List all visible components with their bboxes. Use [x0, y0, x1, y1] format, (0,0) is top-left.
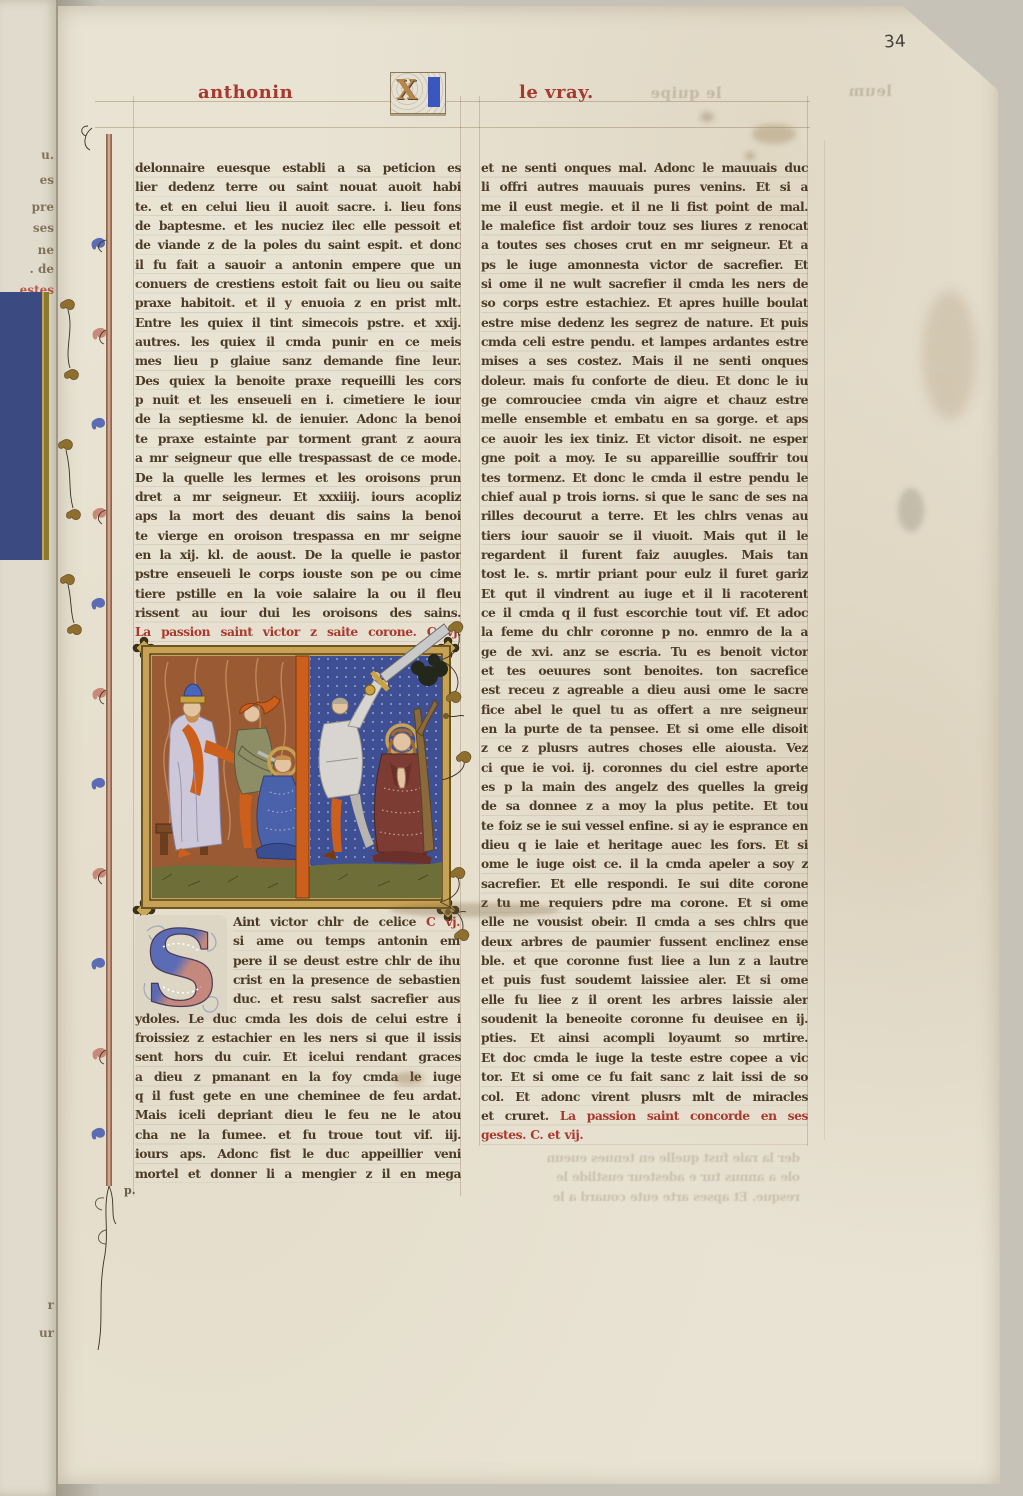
- body-text: elle ne vousist obeir. Il cmda a ses chl…: [481, 914, 808, 929]
- body-text: il fu fait a sauoir a antonin empere que…: [135, 257, 461, 272]
- body-text: ole a annus tur e adesteur eustlide le: [556, 1169, 800, 1184]
- body-text: ome le iuge oist ce. il la cmda apeler a…: [481, 856, 808, 871]
- body-text: mes lieu p glaiue sanz demande fine leur…: [135, 353, 461, 368]
- left-column-lower: ydoles. Le duc cmda les dois de celui es…: [135, 1009, 461, 1183]
- body-text: col. Et adonc virent plusrs mlt de mirac…: [481, 1089, 808, 1104]
- manuscript-line: cha ne la fumee. et fu troue tout vif. i…: [135, 1125, 461, 1144]
- manuscript-line: estre mise dedenz les segrez de nature. …: [481, 313, 808, 332]
- body-text: de baptesme. et les nuciez ilec elle pes…: [135, 218, 461, 233]
- stain: [752, 124, 796, 144]
- body-text: p nuit et les enseueli en i. cimetiere l…: [135, 392, 461, 407]
- body-text: aps la mort des deuant dis sains la beno…: [135, 508, 461, 523]
- body-text: et tes oeuures sont benoites. ton sacref…: [481, 663, 808, 678]
- manuscript-line: Et qut il vindrent au iuge et il li raco…: [481, 584, 808, 603]
- manuscript-line: sent hors du cuir. Et icelui rendant gra…: [135, 1047, 461, 1066]
- manuscript-line: et cruret. La passion saint concorde en …: [481, 1106, 808, 1125]
- body-text: ps le iuge amonnesta victor de sacrefier…: [481, 257, 808, 272]
- manuscript-line: te foiz se ie sui vessel enfine. si ay i…: [481, 816, 808, 835]
- ruling-line: [95, 127, 810, 128]
- body-text: gne poit a moy. Ie su appareillie souffr…: [481, 450, 808, 465]
- body-text: pstre enseueli le corps iouste son pe ou…: [135, 566, 461, 581]
- manuscript-line: ome le iuge oist ce. il la cmda apeler a…: [481, 854, 808, 873]
- manuscript-line: conuers de crestiens estoit fait ou lieu…: [135, 274, 461, 293]
- manuscript-line: mises a ses costez. Mais il ne senti onq…: [481, 351, 808, 370]
- manuscript-line: la feme du chlr coronne p no. enmro de l…: [481, 622, 808, 641]
- manuscript-line: de la septiesme kl. de ienuier. Adonc la…: [135, 409, 461, 428]
- manuscript-line: est receu z agreable a dieu ausi ome le …: [481, 680, 808, 699]
- manuscript-line: te praxe estainte par torment grant z ao…: [135, 429, 461, 448]
- body-text: li offri autres mauuais pures venins. Et…: [481, 179, 808, 194]
- chapter-numeral-box: X: [390, 72, 446, 114]
- manuscript-line: tost le. s. mrtir priant pour eulz il fu…: [481, 564, 808, 583]
- manuscript-line: li offri autres mauuais pures venins. Et…: [481, 177, 808, 196]
- body-text: elle fu liee z il orent les arbres laiss…: [481, 992, 808, 1007]
- ruling-line: [824, 140, 825, 1140]
- facing-miniature-fragment: [0, 292, 49, 560]
- body-text: praxe habitoit. et il y enuoia z en pris…: [135, 295, 461, 310]
- manuscript-line: autres. les quiex il cmda punir en ce me…: [135, 332, 461, 351]
- body-text: ge de xvi. anz se escria. Tu es benoit v…: [481, 644, 808, 659]
- facing-text-fragment: ne: [38, 243, 54, 257]
- miniature-martyrdom-scene: [128, 612, 464, 922]
- manuscript-line: le malefice fist ardoir touz ses liures …: [481, 216, 808, 235]
- manuscript-line: p nuit et les enseueli en i. cimetiere l…: [135, 390, 461, 409]
- manuscript-line: ci que ie voi. ij. coronnes du ciel estr…: [481, 758, 808, 777]
- manuscript-line: Entre les quiex il tint simecois pstre. …: [135, 313, 461, 332]
- body-text: estre mise dedenz les segrez de nature. …: [481, 315, 808, 330]
- facing-text-fragment: es: [40, 173, 54, 187]
- manuscript-line: tiere pstille en la voie salaire la ou i…: [135, 584, 461, 603]
- manuscript-line: en la purte de ta pensee. Et si ome elle…: [481, 719, 808, 738]
- facing-text-fragment: ur: [39, 1326, 54, 1340]
- manuscript-line: et tes oeuures sont benoites. ton sacref…: [481, 661, 808, 680]
- manuscript-photo: u. es pre ses ne . de estes r ur 34 anth…: [0, 0, 1023, 1496]
- manuscript-line: et ne senti onques mal. Adonc le mauuais…: [481, 158, 808, 177]
- show-through-block: der la raie fust quelle en tenues eueuno…: [490, 1148, 800, 1206]
- body-text: resque. Et apses arte eute couard a le: [553, 1189, 800, 1204]
- body-text: Aint victor chlr de celice: [233, 914, 426, 929]
- body-text: deux arbres de paumier fussent enclinez …: [481, 934, 808, 949]
- manuscript-line: mortel et donner li a mengier z il en me…: [135, 1164, 461, 1183]
- body-text: tiere pstille en la voie salaire la ou i…: [135, 586, 461, 601]
- body-text: crist en la presence de sebastien: [233, 972, 460, 987]
- body-text: et puis fust soudemt laissiee aler. Et s…: [481, 972, 808, 987]
- body-text: et ne senti onques mal. Adonc le mauuais…: [481, 160, 808, 175]
- body-text: ble. et que coronne fust liee a lun z a …: [481, 953, 808, 968]
- body-text: le malefice fist ardoir touz ses liures …: [481, 218, 808, 233]
- manuscript-line: regardent il furent faiz auugles. Mais t…: [481, 545, 808, 564]
- running-header-right: le vray.: [519, 82, 594, 103]
- scene-divider-column: [296, 656, 309, 898]
- body-text: delonnaire euesque establi a sa peticion…: [135, 160, 461, 175]
- manuscript-line: ole a annus tur e adesteur eustlide le: [490, 1167, 800, 1186]
- facing-text-fragment: . de: [30, 262, 54, 276]
- manuscript-line: De la quelle les lermes et les oroisons …: [135, 468, 461, 487]
- body-text: te praxe estainte par torment grant z ao…: [135, 431, 461, 446]
- facing-text-fragment: pre: [32, 200, 54, 214]
- body-text: a toutes ses choses crut en mr seigneur.…: [481, 237, 808, 252]
- manuscript-line: duc. et resu salst sacrefier aus: [233, 989, 460, 1008]
- manuscript-line: Mais iceli depriant dieu le feu ne le at…: [135, 1105, 461, 1124]
- body-text: a mr seigneur que elle trespassast de ce…: [135, 450, 461, 465]
- manuscript-line: q il fust gete en une cheminee de feu ar…: [135, 1086, 461, 1105]
- manuscript-line: gestes. C. et vij.: [481, 1125, 808, 1144]
- manuscript-line: ydoles. Le duc cmda les dois de celui es…: [135, 1009, 461, 1028]
- rubric-text: gestes. C. et vij.: [481, 1127, 583, 1142]
- manuscript-line: si ome il ne wult sacrefier il cmda les …: [481, 274, 808, 293]
- folio-number: 34: [883, 31, 906, 52]
- manuscript-line: ce auoir les iex tiniz. Et victor disoit…: [481, 429, 808, 448]
- manuscript-line: aps la mort des deuant dis sains la beno…: [135, 506, 461, 525]
- body-text: tor. Et si ome ce fu fait sanc z lait is…: [481, 1069, 808, 1084]
- body-text: tes tormenz. Et donc le cmda il estre pe…: [481, 470, 808, 485]
- manuscript-line: mes lieu p glaiue sanz demande fine leur…: [135, 351, 461, 370]
- show-through-text: le quipe: [650, 84, 722, 102]
- body-text: Et doc cmda le iuge la teste estre copee…: [481, 1050, 808, 1065]
- body-text: me il eust megie. et il ne li fist point…: [481, 199, 808, 214]
- body-text: lier dedenz terre ou saint nouat auoit h…: [135, 179, 461, 194]
- right-column: et ne senti onques mal. Adonc le mauuais…: [481, 158, 808, 1145]
- manuscript-line: Des quiex la benoite praxe requeilli les…: [135, 371, 461, 390]
- body-text: de sa donnee z a moy la plus petite. Et …: [481, 798, 808, 813]
- body-text: pere il se deust estre chlr de ihu: [233, 953, 460, 968]
- body-text: en la purte de ta pensee. Et si ome elle…: [481, 721, 808, 736]
- manuscript-line: deux arbres de paumier fussent enclinez …: [481, 932, 808, 951]
- body-text: dieu q ie laie et heritage auec les fors…: [481, 837, 808, 852]
- manuscript-line: gne poit a moy. Ie su appareillie souffr…: [481, 448, 808, 467]
- manuscript-line: me il eust megie. et il ne li fist point…: [481, 197, 808, 216]
- body-text: doleur. mais fu conforte de dieu. Et don…: [481, 373, 808, 388]
- manuscript-line: tor. Et si ome ce fu fait sanc z lait is…: [481, 1067, 808, 1086]
- manuscript-line: dieu q ie laie et heritage auec les fors…: [481, 835, 808, 854]
- stain: [700, 112, 714, 122]
- numeral-x: X: [396, 75, 417, 106]
- manuscript-line: tes tormenz. Et donc le cmda il estre pe…: [481, 468, 808, 487]
- body-text: regardent il furent faiz auugles. Mais t…: [481, 547, 808, 562]
- body-text: si ame ou temps antonin em: [233, 933, 460, 948]
- manuscript-line: pere il se deust estre chlr de ihu: [233, 951, 460, 970]
- body-text: autres. les quiex il cmda punir en ce me…: [135, 334, 461, 349]
- body-text: soudenit la beneoite coronne fu deuisee …: [481, 1011, 808, 1026]
- body-text: q il fust gete en une cheminee de feu ar…: [135, 1088, 461, 1103]
- body-text: Des quiex la benoite praxe requeilli les…: [135, 373, 461, 388]
- manuscript-line: ce il cmda q il fust escorchie tout vif.…: [481, 603, 808, 622]
- manuscript-line: a toutes ses choses crut en mr seigneur.…: [481, 235, 808, 254]
- show-through-text: leum: [848, 82, 892, 100]
- manuscript-line: ge comrouciee cmda vin aigre et chauz es…: [481, 390, 808, 409]
- body-text: ci que ie voi. ij. coronnes du ciel estr…: [481, 760, 808, 775]
- manuscript-line: es p la main des angelz des quelles la g…: [481, 777, 808, 796]
- body-text: Mais iceli depriant dieu le feu ne le at…: [135, 1107, 461, 1122]
- body-text: ge comrouciee cmda vin aigre et chauz es…: [481, 392, 808, 407]
- manuscript-line: praxe habitoit. et il y enuoia z en pris…: [135, 293, 461, 312]
- body-text: ce il cmda q il fust escorchie tout vif.…: [481, 605, 808, 620]
- decorated-initial-S: S: [133, 913, 229, 1023]
- body-text: der la raie fust quelle en tenues eueun: [547, 1150, 800, 1165]
- manuscript-line: et puis fust soudemt laissiee aler. Et s…: [481, 970, 808, 989]
- body-text: la feme du chlr coronne p no. enmro de l…: [481, 624, 808, 639]
- body-text: Et qut il vindrent au iuge et il li raco…: [481, 586, 808, 601]
- manuscript-line: il fu fait a sauoir a antonin empere que…: [135, 255, 461, 274]
- manuscript-line: de viande z de la poles du saint espit. …: [135, 235, 461, 254]
- body-text: pties. Et ainsi acompli loyaumt so mrtir…: [481, 1030, 808, 1045]
- body-text: so corps estre estachiez. Et apres huill…: [481, 295, 808, 310]
- body-text: ydoles. Le duc cmda les dois de celui es…: [135, 1011, 461, 1026]
- body-text: tost le. s. mrtir priant pour eulz il fu…: [481, 566, 808, 581]
- manuscript-line: tiers iour sauoir se il viuoit. Mais qut…: [481, 526, 808, 545]
- manuscript-line: z ce z plusrs autres choses elle aiousta…: [481, 738, 808, 757]
- manuscript-line: iours aps. Adonc fist le duc appeillier …: [135, 1144, 461, 1163]
- pen-trial-mark: p.: [124, 1184, 136, 1197]
- body-text: cmda celi estre pendu. et lampes ardante…: [481, 334, 808, 349]
- facing-text-fragment: ses: [33, 221, 54, 235]
- numeral-i-bar: [428, 77, 440, 107]
- manuscript-line: dret a mr seigneur. Et xxxiiij. iours ac…: [135, 487, 461, 506]
- stain: [745, 152, 755, 160]
- manuscript-line: froissiez z estachier en les ners si que…: [135, 1028, 461, 1047]
- manuscript-line: soudenit la beneoite coronne fu deuisee …: [481, 1009, 808, 1028]
- body-text: sacrefier. Et elle respondi. Ie sui dite…: [481, 876, 808, 891]
- manuscript-line: so corps estre estachiez. Et apres huill…: [481, 293, 808, 312]
- body-text: dret a mr seigneur. Et xxxiiij. iours ac…: [135, 489, 461, 504]
- manuscript-line: a mr seigneur que elle trespassast de ce…: [135, 448, 461, 467]
- body-text: conuers de crestiens estoit fait ou lieu…: [135, 276, 461, 291]
- body-text: en la xij. kl. de aoust. De la quelle ie…: [135, 547, 461, 562]
- manuscript-line: ps le iuge amonnesta victor de sacrefier…: [481, 255, 808, 274]
- facing-text-fragment: u.: [41, 148, 54, 162]
- body-text: De la quelle les lermes et les oroisons …: [135, 470, 461, 485]
- manuscript-line: lier dedenz terre ou saint nouat auoit h…: [135, 177, 461, 196]
- body-text: duc. et resu salst sacrefier aus: [233, 991, 460, 1006]
- manuscript-line: resque. Et apses arte eute couard a le: [490, 1187, 800, 1206]
- body-text: est receu z agreable a dieu ausi ome le …: [481, 682, 808, 697]
- manuscript-line: chief aual p trois iorns. si que le sanc…: [481, 487, 808, 506]
- stain: [922, 290, 977, 420]
- margin-ivy-vine: [432, 620, 482, 940]
- left-column-upper: delonnaire euesque establi a sa peticion…: [135, 158, 461, 642]
- manuscript-line: doleur. mais fu conforte de dieu. Et don…: [481, 371, 808, 390]
- body-text: tiers iour sauoir se il viuoit. Mais qut…: [481, 528, 808, 543]
- body-text: froissiez z estachier en les ners si que…: [135, 1030, 461, 1045]
- manuscript-line: cmda celi estre pendu. et lampes ardante…: [481, 332, 808, 351]
- stain: [898, 488, 924, 532]
- body-text: si ome il ne wult sacrefier il cmda les …: [481, 276, 808, 291]
- body-text: fice abel le quel tu as offert a nre sei…: [481, 702, 808, 717]
- body-text: sent hors du cuir. Et icelui rendant gra…: [135, 1049, 461, 1064]
- body-text: cha ne la fumee. et fu troue tout vif. i…: [135, 1127, 461, 1142]
- body-text: et cruret.: [481, 1108, 560, 1123]
- manuscript-line: de sa donnee z a moy la plus petite. Et …: [481, 796, 808, 815]
- left-column-beside-initial: Aint victor chlr de celice C vj.si ame o…: [233, 912, 460, 1009]
- manuscript-line: der la raie fust quelle en tenues eueun: [490, 1148, 800, 1167]
- manuscript-line: pties. Et ainsi acompli loyaumt so mrtir…: [481, 1028, 808, 1047]
- body-text: z ce z plusrs autres choses elle aiousta…: [481, 740, 808, 755]
- facing-ivy-leaves: [58, 290, 98, 650]
- body-text: chief aual p trois iorns. si que le sanc…: [481, 489, 808, 504]
- body-text: iours aps. Adonc fist le duc appeillier …: [135, 1146, 461, 1161]
- manuscript-line: de baptesme. et les nuciez ilec elle pes…: [135, 216, 461, 235]
- facing-page-edge: u. es pre ses ne . de estes r ur: [0, 0, 58, 1496]
- running-header-left: anthonin: [198, 82, 293, 103]
- rubric-text: La passion saint concorde en ses: [560, 1108, 808, 1123]
- manuscript-line: Et doc cmda le iuge la teste estre copee…: [481, 1048, 808, 1067]
- body-text: es p la main des angelz des quelles la g…: [481, 779, 808, 794]
- manuscript-line: sacrefier. Et elle respondi. Ie sui dite…: [481, 874, 808, 893]
- stain: [390, 903, 560, 917]
- manuscript-line: crist en la presence de sebastien: [233, 970, 460, 989]
- manuscript-line: melle ensemble et embatu en sa gorge. et…: [481, 409, 808, 428]
- body-text: Entre les quiex il tint simecois pstre. …: [135, 315, 461, 330]
- manuscript-line: col. Et adonc virent plusrs mlt de mirac…: [481, 1087, 808, 1106]
- body-text: melle ensemble et embatu en sa gorge. et…: [481, 411, 808, 426]
- manuscript-line: ble. et que coronne fust liee a lun z a …: [481, 951, 808, 970]
- manuscript-line: elle fu liee z il orent les arbres laiss…: [481, 990, 808, 1009]
- manuscript-line: fice abel le quel tu as offert a nre sei…: [481, 700, 808, 719]
- manuscript-line: pstre enseueli le corps iouste son pe ou…: [135, 564, 461, 583]
- manuscript-line: delonnaire euesque establi a sa peticion…: [135, 158, 461, 177]
- facing-text-fragment: r: [48, 1298, 54, 1312]
- stain: [392, 1072, 424, 1085]
- body-text: te. et en celui lieu il auoit sacre. i. …: [135, 199, 461, 214]
- manuscript-line: rilles decourut a terre. Et les chlrs ve…: [481, 506, 808, 525]
- manuscript-line: te vierge en oroison trespassa en mr sei…: [135, 526, 461, 545]
- body-text: ce auoir les iex tiniz. Et victor disoit…: [481, 431, 808, 446]
- body-text: te foiz se ie sui vessel enfine. si ay i…: [481, 818, 808, 833]
- manuscript-line: ge de xvi. anz se escria. Tu es benoit v…: [481, 642, 808, 661]
- body-text: mortel et donner li a mengier z il en me…: [135, 1166, 461, 1181]
- body-text: te vierge en oroison trespassa en mr sei…: [135, 528, 461, 543]
- body-text: de la septiesme kl. de ienuier. Adonc la…: [135, 411, 461, 426]
- manuscript-line: en la xij. kl. de aoust. De la quelle ie…: [135, 545, 461, 564]
- manuscript-line: te. et en celui lieu il auoit sacre. i. …: [135, 197, 461, 216]
- body-text: de viande z de la poles du saint espit. …: [135, 237, 461, 252]
- body-text: rilles decourut a terre. Et les chlrs ve…: [481, 508, 808, 523]
- body-text: mises a ses costez. Mais il ne senti onq…: [481, 353, 808, 368]
- manuscript-line: si ame ou temps antonin em: [233, 931, 460, 950]
